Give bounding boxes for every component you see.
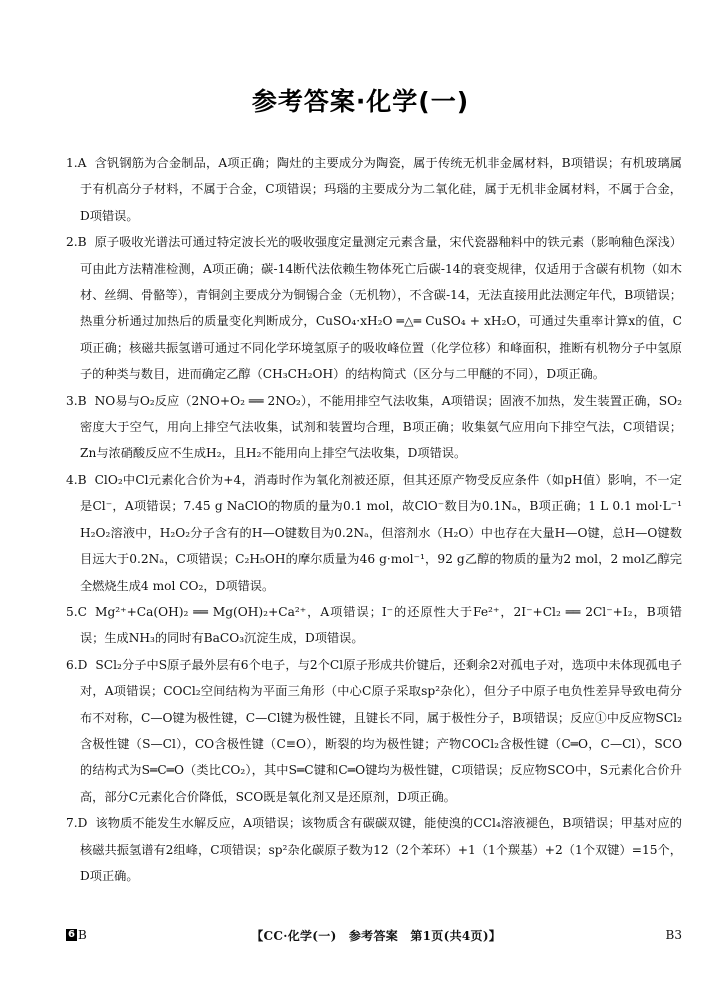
answer-number: 4. bbox=[66, 473, 78, 487]
page-footer: 6 B 【CC·化学(一) 参考答案 第1页(共4页)】 B3 bbox=[66, 925, 682, 945]
answer-explanation: 原子吸收光谱法可通过特定波长光的吸收强度定量测定元素含量，宋代瓷器釉料中的铁元素… bbox=[80, 235, 682, 381]
answer-number: 7. bbox=[66, 816, 78, 830]
answer-item-1: 1.A含钒钢筋为合金制品，A项正确；陶灶的主要成分为陶瓷，属于传统无机非金属材料… bbox=[66, 150, 682, 229]
answer-key: B bbox=[78, 235, 87, 249]
answer-list: 1.A含钒钢筋为合金制品，A项正确；陶灶的主要成分为陶瓷，属于传统无机非金属材料… bbox=[66, 150, 682, 889]
answer-item-4: 4.BClO₂中Cl元素化合价为+4，消毒时作为氧化剂被还原，但其还原产物受反应… bbox=[66, 467, 682, 599]
answer-key: B bbox=[78, 394, 87, 408]
answer-item-5: 5.CMg²⁺+Ca(OH)₂ ══ Mg(OH)₂+Ca²⁺，A项错误；I⁻的… bbox=[66, 599, 682, 652]
answer-key: A bbox=[78, 156, 87, 170]
footer-page-info: 【CC·化学(一) 参考答案 第1页(共4页)】 bbox=[251, 927, 501, 944]
answer-item-2: 2.B原子吸收光谱法可通过特定波长光的吸收强度定量测定元素含量，宋代瓷器釉料中的… bbox=[66, 229, 682, 387]
answer-number: 2. bbox=[66, 235, 78, 249]
answer-item-7: 7.D该物质不能发生水解反应，A项错误；该物质含有碳碳双键，能使溴的CCl₄溶液… bbox=[66, 810, 682, 889]
footer-badge: 6 bbox=[66, 929, 77, 941]
answer-key: D bbox=[78, 816, 88, 830]
answer-explanation: Mg²⁺+Ca(OH)₂ ══ Mg(OH)₂+Ca²⁺，A项错误；I⁻的还原性… bbox=[80, 605, 682, 645]
answer-key: D bbox=[78, 658, 88, 672]
answer-explanation: ClO₂中Cl元素化合价为+4，消毒时作为氧化剂被还原，但其还原产物受反应条件（… bbox=[80, 473, 682, 593]
answer-explanation: 该物质不能发生水解反应，A项错误；该物质含有碳碳双键，能使溴的CCl₄溶液褪色，… bbox=[80, 816, 682, 883]
answer-number: 6. bbox=[66, 658, 78, 672]
footer-right-code: B3 bbox=[666, 928, 682, 942]
footer-left: 6 B bbox=[66, 928, 87, 942]
answer-explanation: SCl₂分子中S原子最外层有6个电子，与2个Cl原子形成共价键后，还剩余2对孤电… bbox=[80, 658, 682, 804]
answer-number: 3. bbox=[66, 394, 78, 408]
answer-number: 5. bbox=[66, 605, 78, 619]
footer-left-code: B bbox=[78, 928, 87, 942]
answer-explanation: 含钒钢筋为合金制品，A项正确；陶灶的主要成分为陶瓷，属于传统无机非金属材料，B项… bbox=[80, 156, 682, 223]
answer-key: C bbox=[78, 605, 87, 619]
answer-item-3: 3.BNO易与O₂反应（2NO+O₂ ══ 2NO₂），不能用排空气法收集，A项… bbox=[66, 388, 682, 467]
answer-number: 1. bbox=[66, 156, 78, 170]
answer-explanation: NO易与O₂反应（2NO+O₂ ══ 2NO₂），不能用排空气法收集，A项错误；… bbox=[80, 394, 682, 461]
answer-key: B bbox=[78, 473, 87, 487]
page-title: 参考答案·化学(一) bbox=[0, 82, 721, 118]
answer-item-6: 6.DSCl₂分子中S原子最外层有6个电子，与2个Cl原子形成共价键后，还剩余2… bbox=[66, 652, 682, 810]
